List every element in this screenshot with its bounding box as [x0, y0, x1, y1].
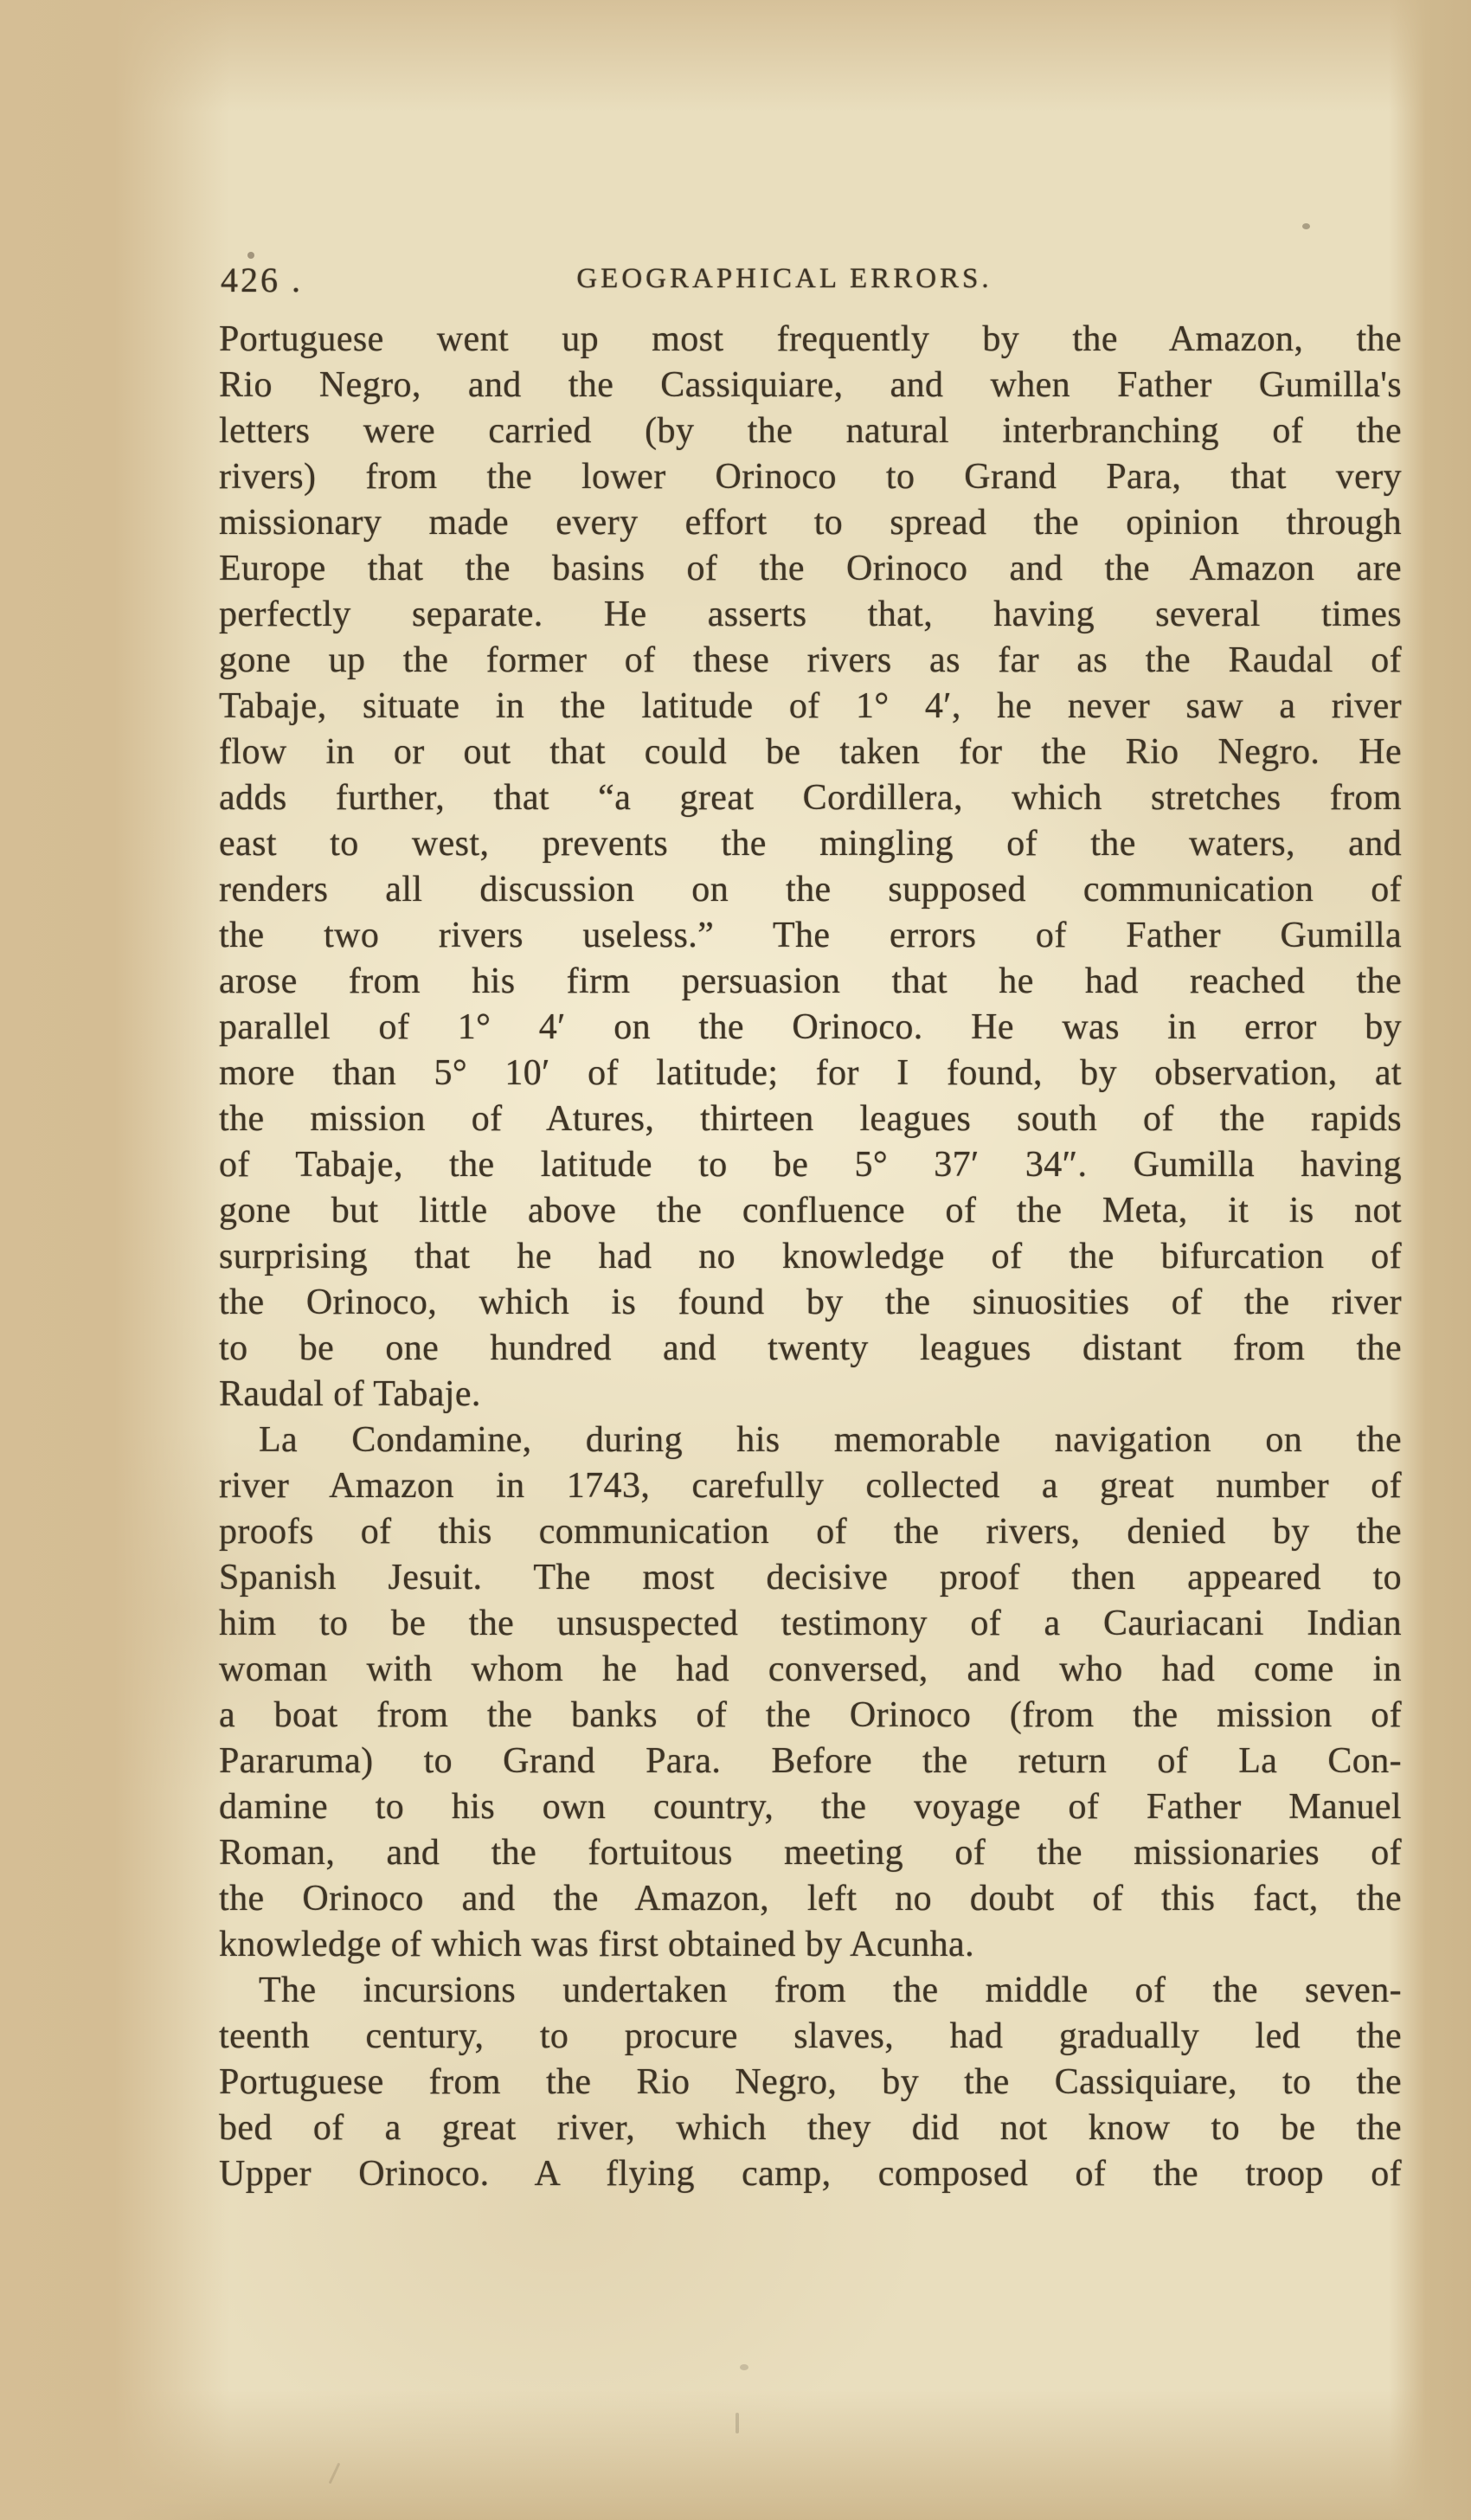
text-line: the Orinoco and the Amazon, left no doub… — [219, 1876, 1402, 1922]
text-line: proofs of this communication of the rive… — [219, 1509, 1402, 1555]
paragraph: The incursions undertaken from the middl… — [219, 1968, 1402, 2197]
text-line: surprising that he had no knowledge of t… — [219, 1234, 1402, 1280]
text-line: Europe that the basins of the Orinoco an… — [219, 546, 1402, 592]
text-line: renders all discussion on the supposed c… — [219, 867, 1402, 913]
text-line: teenth century, to procure slaves, had g… — [219, 2014, 1402, 2060]
text-line: the mission of Atures, thirteen leagues … — [219, 1096, 1402, 1142]
scanned-book-page: 426 . GEOGRAPHICAL ERRORS. Portuguese we… — [0, 0, 1471, 2520]
text-line: Portuguese from the Rio Negro, by the Ca… — [219, 2060, 1402, 2105]
text-line: gone up the former of these rivers as fa… — [219, 638, 1402, 684]
text-line: arose from his firm persuasion that he h… — [219, 959, 1402, 1005]
text-line: of Tabaje, the latitude to be 5° 37′ 34″… — [219, 1142, 1402, 1188]
ink-speck — [329, 2463, 341, 2485]
text-line: bed of a great river, which they did not… — [219, 2105, 1402, 2151]
paragraph: Portuguese went up most frequently by th… — [219, 317, 1402, 1417]
ink-speck — [735, 2413, 739, 2433]
ink-speck — [740, 2364, 748, 2370]
scan-edge-bottom — [0, 2390, 1471, 2520]
text-line: Upper Orinoco. A flying camp, composed o… — [219, 2151, 1402, 2197]
paragraph: La Condamine, during his memorable navig… — [219, 1417, 1402, 1968]
ink-speck — [1302, 223, 1310, 229]
text-line: knowledge of which was first obtained by… — [219, 1922, 1402, 1968]
text-line: Pararuma) to Grand Para. Before the retu… — [219, 1739, 1402, 1784]
text-line: perfectly separate. He asserts that, hav… — [219, 592, 1402, 638]
text-line: Rio Negro, and the Cassiquiare, and when… — [219, 363, 1402, 408]
text-line: woman with whom he had conversed, and wh… — [219, 1647, 1402, 1693]
text-line: flow in or out that could be taken for t… — [219, 730, 1402, 775]
text-line: him to be the unsuspected testimony of a… — [219, 1601, 1402, 1647]
text-line: a boat from the banks of the Orinoco (fr… — [219, 1693, 1402, 1739]
text-line: east to west, prevents the mingling of t… — [219, 821, 1402, 867]
ink-speck — [247, 252, 254, 259]
text-line: letters were carried (by the natural int… — [219, 408, 1402, 454]
text-line: rivers) from the lower Orinoco to Grand … — [219, 454, 1402, 500]
page-header: 426 . GEOGRAPHICAL ERRORS. — [219, 256, 1402, 312]
text-line: gone but little above the confluence of … — [219, 1188, 1402, 1234]
scan-edge-top — [0, 0, 1471, 112]
text-line: La Condamine, during his memorable navig… — [219, 1417, 1402, 1463]
text-line: Roman, and the fortuitous meeting of the… — [219, 1830, 1402, 1876]
running-header: GEOGRAPHICAL ERRORS. — [219, 263, 1350, 295]
text-line: the two rivers useless.” The errors of F… — [219, 913, 1402, 959]
text-line: Spanish Jesuit. The most decisive proof … — [219, 1555, 1402, 1601]
text-line: adds further, that “a great Cordillera, … — [219, 775, 1402, 821]
text-line: to be one hundred and twenty leagues dis… — [219, 1326, 1402, 1372]
text-line: Portuguese went up most frequently by th… — [219, 317, 1402, 363]
text-line: more than 5° 10′ of latitude; for I foun… — [219, 1051, 1402, 1096]
body-text: Portuguese went up most frequently by th… — [219, 317, 1402, 2197]
text-line: Raudal of Tabaje. — [219, 1372, 1402, 1417]
text-line: The incursions undertaken from the middl… — [219, 1968, 1402, 2014]
text-line: river Amazon in 1743, carefully collecte… — [219, 1463, 1402, 1509]
text-line: damine to his own country, the voyage of… — [219, 1784, 1402, 1830]
scan-edge-left — [0, 0, 229, 2520]
text-line: parallel of 1° 4′ on the Orinoco. He was… — [219, 1005, 1402, 1051]
text-line: Tabaje, situate in the latitude of 1° 4′… — [219, 684, 1402, 730]
text-line: the Orinoco, which is found by the sinuo… — [219, 1280, 1402, 1326]
text-line: missionary made every effort to spread t… — [219, 500, 1402, 546]
